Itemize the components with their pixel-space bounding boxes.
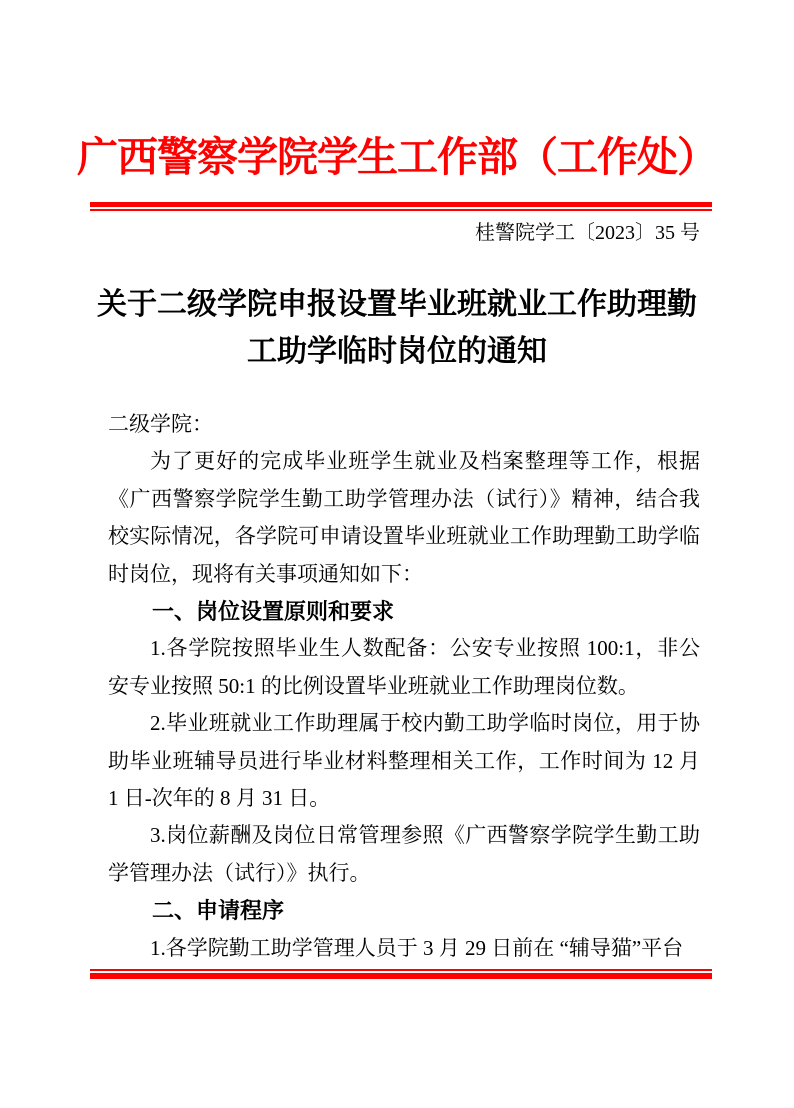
paragraph-item-1: 1.各学院按照毕业生人数配备：公安专业按照 100:1，非公安专业按照 50:1… — [108, 630, 700, 705]
salutation: 二级学院： — [108, 406, 700, 443]
document-body: 二级学院： 为了更好的完成毕业班学生就业及档案整理等工作，根据《广西警察学院学生… — [108, 406, 700, 967]
footer-rule-thick — [90, 973, 712, 979]
letterhead-rule-thin — [90, 209, 712, 211]
section-heading-1: 一、岗位设置原则和要求 — [108, 593, 700, 630]
document-title-line1: 关于二级学院申报设置毕业班就业工作助理勤 — [0, 281, 794, 328]
paragraph-apply-1: 1.各学院勤工助学管理人员于 3 月 29 日前在 “辅导猫”平台 — [108, 930, 700, 967]
footer-double-rule — [90, 969, 712, 979]
letterhead-double-rule — [90, 202, 712, 211]
document-title-line2: 工助学临时岗位的通知 — [0, 328, 794, 375]
document-number: 桂警院学工〔2023〕35 号 — [475, 216, 700, 245]
document-page: 广西警察学院学生工作部（工作处） 桂警院学工〔2023〕35 号 关于二级学院申… — [0, 0, 794, 1108]
paragraph-item-2: 2.毕业班就业工作助理属于校内勤工助学临时岗位，用于协助毕业班辅导员进行毕业材料… — [108, 705, 700, 817]
letterhead-title: 广西警察学院学生工作部（工作处） — [0, 124, 794, 183]
section-heading-2: 二、申请程序 — [108, 892, 700, 929]
paragraph-intro: 为了更好的完成毕业班学生就业及档案整理等工作，根据《广西警察学院学生勤工助学管理… — [108, 443, 700, 593]
document-title: 关于二级学院申报设置毕业班就业工作助理勤 工助学临时岗位的通知 — [0, 281, 794, 375]
paragraph-item-3: 3.岗位薪酬及岗位日常管理参照《广西警察学院学生勤工助学管理办法（试行）》执行。 — [108, 817, 700, 892]
